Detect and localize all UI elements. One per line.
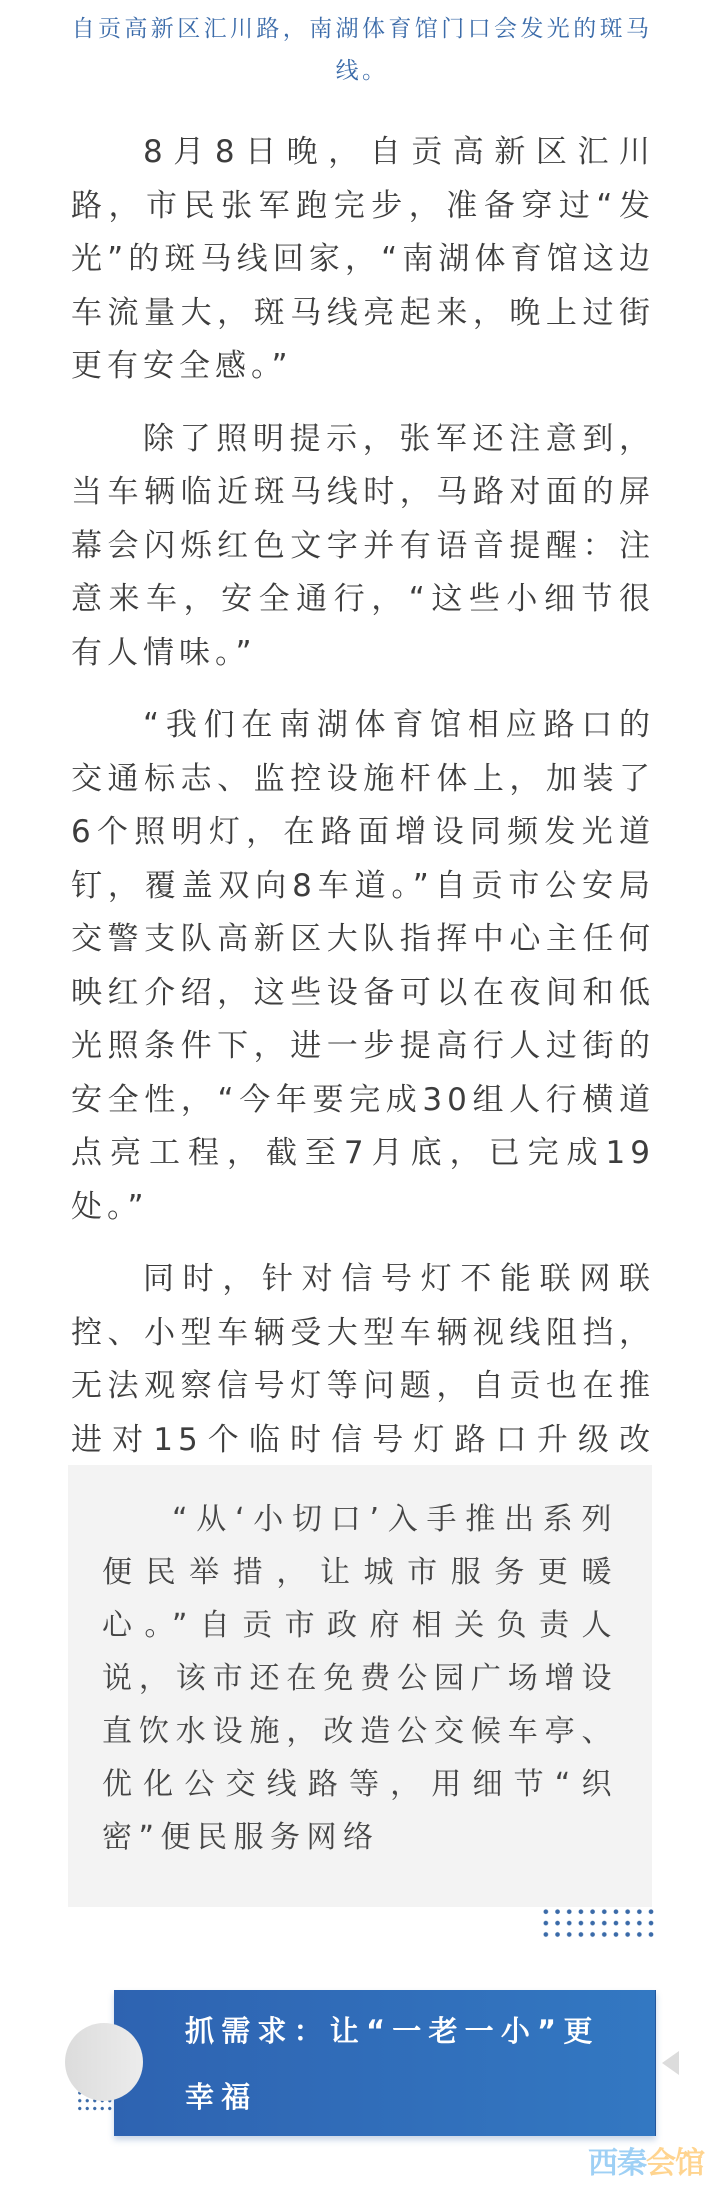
quote-box: “从‘小切口’入手推出系列便民举措，让城市服务更暖心。”自贡市政府相关负责人说，…	[68, 1465, 652, 1907]
dots-pattern-icon	[540, 1906, 660, 1942]
article-body: 8月8日晚，自贡高新区汇川路，市民张军跑完步，准备穿过“发光”的斑马线回家，“南…	[71, 126, 655, 1540]
article-paragraph: 除了照明提示，张军还注意到，当车辆临近斑马线时，马路对面的屏幕会闪烁红色文字并有…	[71, 413, 655, 681]
quote-text: “从‘小切口’入手推出系列便民举措，让城市服务更暖心。”自贡市政府相关负责人说，…	[102, 1493, 618, 1864]
section-heading: 抓需求：让“一老一小”更幸福	[185, 1998, 635, 2130]
section-heading-banner: 抓需求：让“一老一小”更幸福	[114, 1990, 656, 2136]
article-paragraph: 8月8日晚，自贡高新区汇川路，市民张军跑完步，准备穿过“发光”的斑马线回家，“南…	[71, 126, 655, 394]
watermark-logo: 西秦会馆	[588, 2146, 704, 2182]
watermark-part1: 西秦	[588, 2146, 646, 2181]
article-paragraph: “我们在南湖体育馆相应路口的交通标志、监控设施杆体上，加装了6个照明灯，在路面增…	[71, 699, 655, 1234]
circle-decoration-icon	[65, 2023, 143, 2101]
watermark-part2: 会馆	[646, 2146, 704, 2181]
triangle-decoration-icon	[662, 2051, 679, 2075]
image-caption: 自贡高新区汇川路，南湖体育馆门口会发光的斑马线。	[70, 8, 654, 92]
